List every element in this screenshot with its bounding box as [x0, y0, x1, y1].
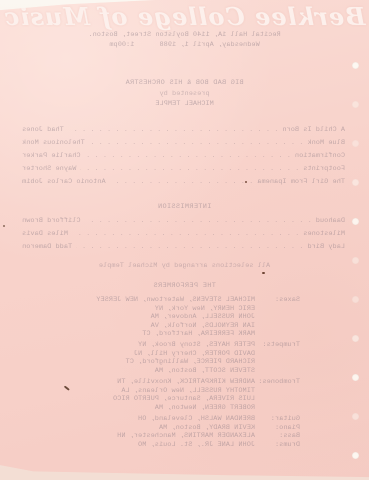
section-label: Trumpets:	[254, 341, 300, 349]
performer-name: PETER HAYES, Stony Brook, NY	[10, 341, 255, 350]
dotted-leader: . . . . . . . . . . . . . . . . . . . . …	[72, 230, 299, 238]
punch-hole	[352, 257, 359, 264]
dotted-leader: . . . . . . . . . . . . . . . . . . . . …	[80, 165, 299, 173]
program-row: Daahoud . . . . . . . . . . . . . . . . …	[22, 217, 345, 230]
performers-heading: THE PERFORMERS	[0, 282, 369, 290]
section-members: ANDREW KIRKPATRICK, Knoxville, TN TIMOTH…	[10, 378, 255, 412]
bleed-through-content: Berklee College of Music Recital Hall 1A…	[0, 0, 369, 480]
program-row: Blue Monk . . . . . . . . . . . . . . . …	[22, 139, 345, 152]
piece-title: Blue Monk	[307, 139, 345, 147]
performer-name: RICHARD PIERCE, Wallingford, CT	[10, 358, 255, 367]
performer-name: JOHN LANE JR., St. Louis, MO	[138, 441, 255, 449]
dotted-leader: . . . . . . . . . . . . . . . . . . . . …	[85, 152, 291, 160]
program-row: Footprints . . . . . . . . . . . . . . .…	[22, 165, 345, 178]
rhythm-row: Drums: JOHN LANE JR., St. Louis, MO	[0, 441, 369, 450]
performer-name: ANDREW KIRKPATRICK, Knoxville, TN	[10, 378, 255, 387]
piece-title: Daahoud	[316, 217, 345, 225]
section-label: Trombones:	[254, 378, 300, 386]
performer-name: STEVEN SCOTT, Boston, MA	[10, 367, 255, 376]
venue-address: Recital Hall 1A, 1140 Boylston Street, B…	[0, 31, 369, 39]
instrument-label: Bass:	[279, 432, 300, 440]
instrument-label: Guitar:	[271, 415, 300, 423]
performer-name: ERIC HENRY, New York, NY	[10, 305, 255, 314]
piece-title: Confirmation	[295, 152, 345, 160]
punch-hole	[352, 218, 359, 225]
performer-name: JOHN RUSSELL, Andover, MA	[10, 313, 255, 322]
date-time-line: Wednesday, April 1, 1988 1:00pm	[0, 41, 369, 49]
composer-name: Thelonious Monk	[22, 139, 85, 147]
paper-sheet: Berklee College of Music Recital Hall 1A…	[0, 0, 369, 480]
section-rhythm: Guitar: BRENDAN WALSH, Cleveland, OH Pia…	[0, 415, 369, 449]
arranger-note: All selections arranged by Michael Templ…	[0, 262, 369, 270]
rhythm-row: Guitar: BRENDAN WALSH, Cleveland, OH	[0, 415, 369, 424]
composer-name: Wayne Shorter	[22, 165, 76, 173]
performer-name: LUIS RIVERA, Santurce, PUERTO RICO	[10, 395, 255, 404]
program-list-part1: A Child Is Born . . . . . . . . . . . . …	[22, 126, 345, 191]
dotted-leader: . . . . . . . . . . . . . . . . . . . . …	[110, 178, 254, 186]
composer-name: Thad Jones	[22, 126, 64, 134]
program-row: The Girl From Ipanema . . . . . . . . . …	[22, 178, 345, 191]
dotted-leader: . . . . . . . . . . . . . . . . . . . . …	[89, 139, 304, 147]
performer-name: ALEXANDER MARTINS, Manchester, NH	[117, 432, 255, 440]
berklee-logo: Berklee College of Music	[0, 2, 369, 31]
program-row: Lady Bird . . . . . . . . . . . . . . . …	[22, 243, 345, 256]
section-members: PETER HAYES, Stony Brook, NY DAVID PORTE…	[10, 341, 255, 375]
performer-name: MARK FERREIRA, Hartford, CT	[10, 330, 255, 339]
composer-name: Charlie Parker	[22, 152, 81, 160]
performer-name: MICHAEL STEVENS, Watertown, NEW JERSEY	[10, 296, 255, 305]
punch-hole	[352, 62, 359, 69]
punch-hole	[352, 101, 359, 108]
punch-hole	[352, 413, 359, 420]
section-members: MICHAEL STEVENS, Watertown, NEW JERSEY E…	[10, 296, 255, 339]
punch-hole	[352, 179, 359, 186]
punch-hole	[352, 374, 359, 381]
program-list-part2: Daahoud . . . . . . . . . . . . . . . . …	[22, 217, 345, 256]
composer-name: Antonio Carlos Jobim	[22, 178, 106, 186]
punch-hole	[352, 335, 359, 342]
performer-name: BRENDAN WALSH, Cleveland, OH	[138, 415, 255, 423]
program-row: Confirmation . . . . . . . . . . . . . .…	[22, 152, 345, 165]
presenter-name: MICHAEL TEMPLE	[0, 100, 369, 108]
piece-title: A Child Is Born	[282, 126, 345, 134]
performer-name: TIMOTHY RUSSELL, New Orleans, LA	[10, 387, 255, 396]
composer-name: Clifford Brown	[22, 217, 81, 225]
punch-hole	[352, 296, 359, 303]
presented-by-label: presented by	[0, 90, 369, 98]
section-label: Saxes:	[254, 296, 300, 304]
performer-name: KEVIN BRADY, Boston, MA	[159, 424, 255, 432]
dotted-leader: . . . . . . . . . . . . . . . . . . . . …	[76, 243, 303, 251]
piece-title: Lady Bird	[307, 243, 345, 251]
punch-hole	[352, 452, 359, 459]
instrument-label: Piano:	[275, 424, 300, 432]
performer-name: ROBERT GREEN, Newton, MA	[10, 404, 255, 413]
performer-name: IAN REYNOLDS, Norfolk, VA	[10, 322, 255, 331]
instrument-label: Drums:	[275, 441, 300, 449]
dotted-leader: . . . . . . . . . . . . . . . . . . . . …	[68, 126, 279, 134]
composer-name: Miles Davis	[22, 230, 68, 238]
piece-title: Footprints	[303, 165, 345, 173]
composer-name: Tadd Dameron	[22, 243, 72, 251]
dotted-leader: . . . . . . . . . . . . . . . . . . . . …	[85, 217, 312, 225]
piece-title: Milestones	[303, 230, 345, 238]
intermission-heading: INTERMISSION	[0, 203, 369, 211]
piece-title: The Girl From Ipanema	[257, 178, 345, 186]
punch-hole	[352, 140, 359, 147]
rhythm-row: Bass: ALEXANDER MARTINS, Manchester, NH	[0, 432, 369, 441]
performer-name: DAVID PORTER, Cherry Hill, NJ	[10, 350, 255, 359]
scanned-program-page: Berklee College of Music Recital Hall 1A…	[0, 0, 369, 480]
rhythm-row: Piano: KEVIN BRADY, Boston, MA	[0, 424, 369, 433]
program-row: Milestones . . . . . . . . . . . . . . .…	[22, 230, 345, 243]
concert-title: BIG BAD BOB & HIS ORCHESTRA	[0, 79, 369, 87]
program-row: A Child Is Born . . . . . . . . . . . . …	[22, 126, 345, 139]
